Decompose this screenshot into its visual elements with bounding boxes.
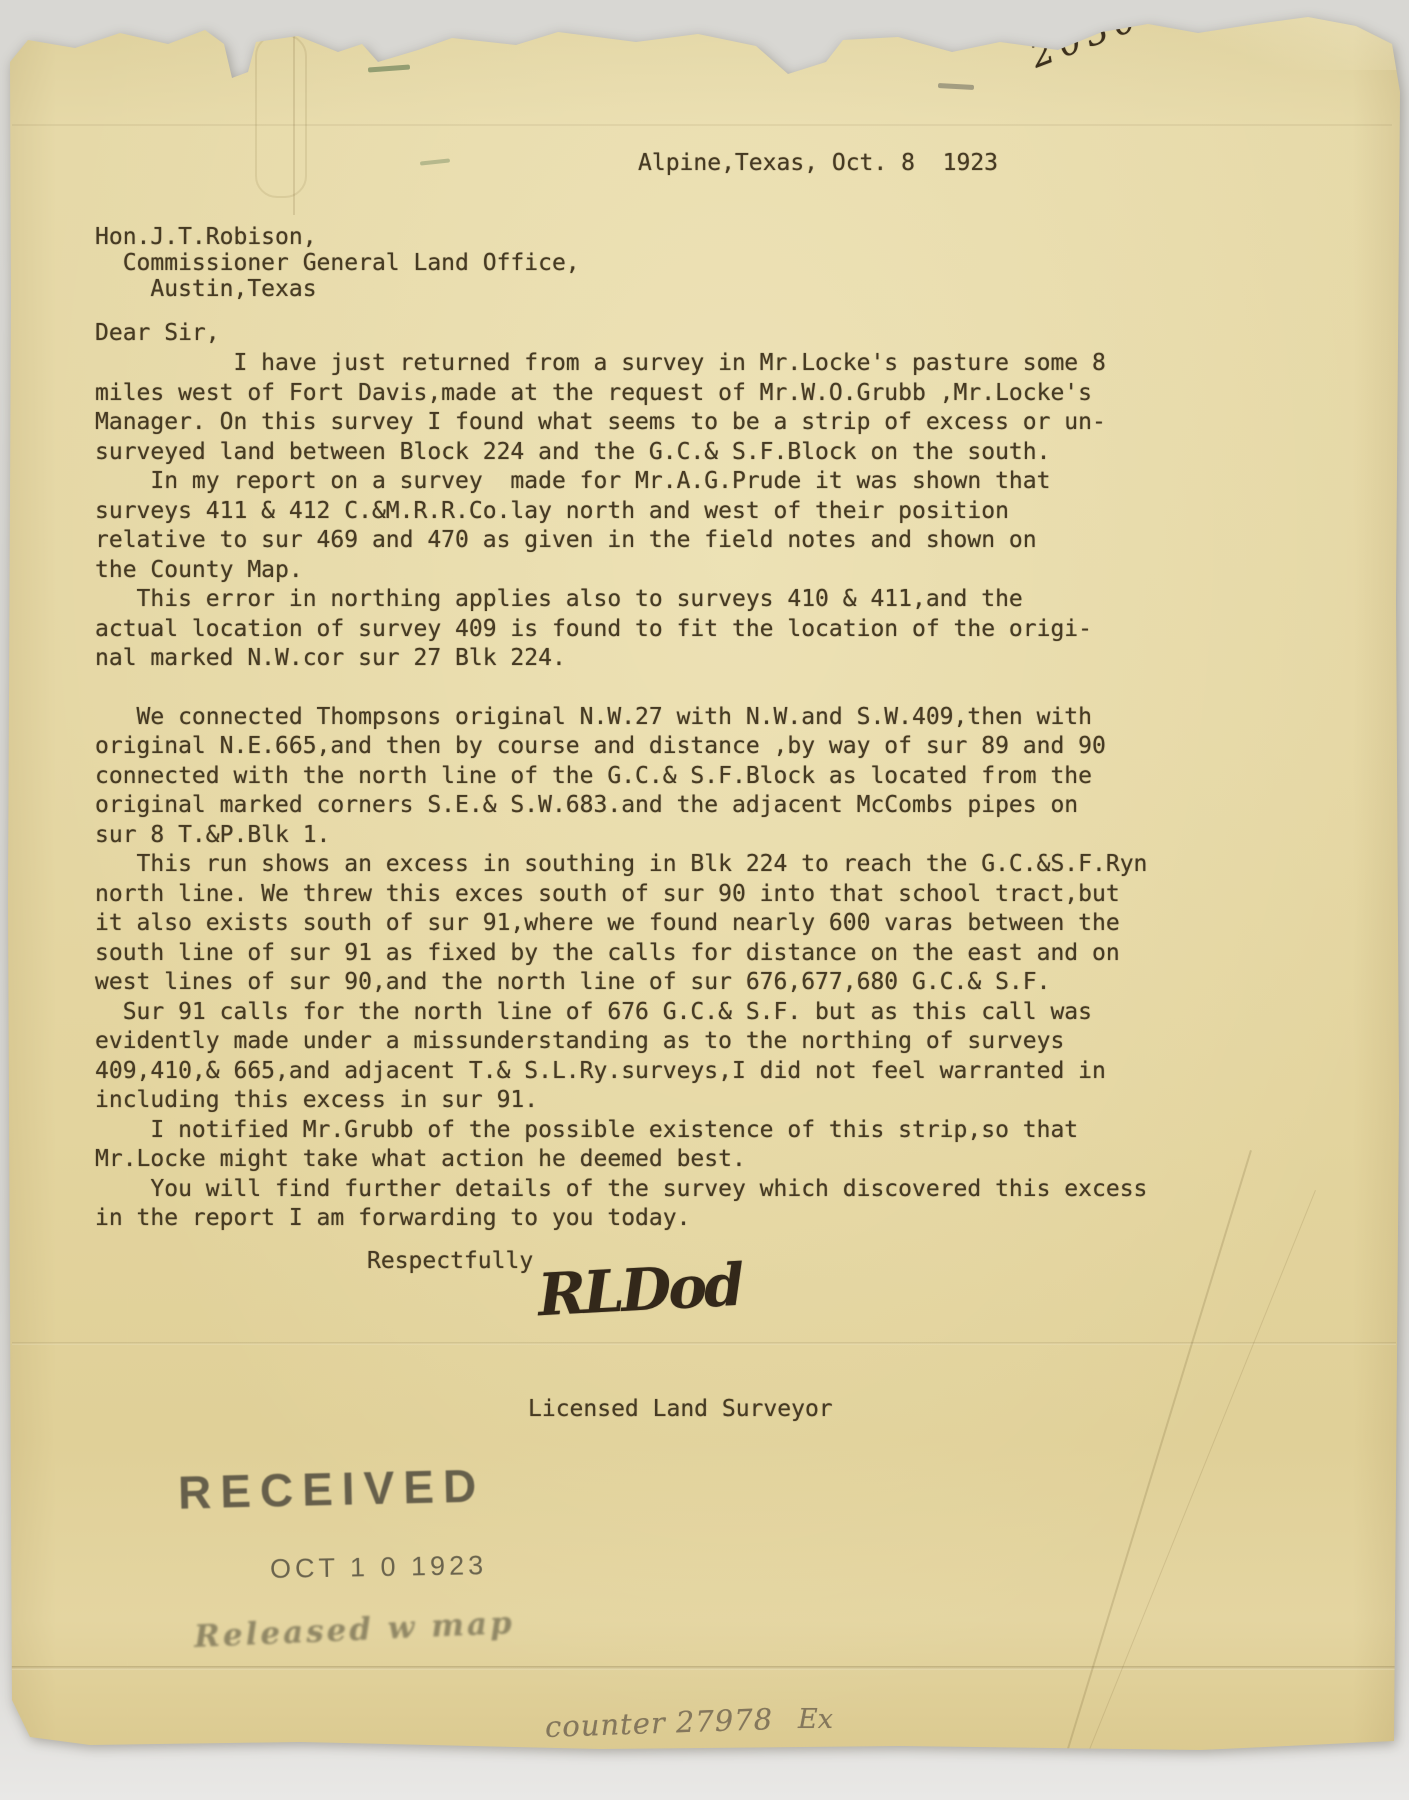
release-stamp: Released w map xyxy=(193,1605,515,1655)
letter-line: Hon.J.T.Robison, xyxy=(95,224,580,250)
letter-line: south line of sur 91 as fixed by the cal… xyxy=(95,939,1335,969)
letter-line: Austin,Texas xyxy=(95,276,580,302)
closing: Respectfully xyxy=(367,1248,533,1274)
recipient-address: Hon.J.T.Robison, Commissioner General La… xyxy=(95,224,580,302)
paper-background: 2030 Alpine,Texas, Oct. 8 1923 Hon.J.T.R… xyxy=(0,0,1409,1800)
scanned-letter-page: { "annotations": { "top_right_number": "… xyxy=(0,0,1409,1800)
folded-corner xyxy=(1140,0,1409,70)
letter-paragraph: In my report on a survey made for Mr.A.G… xyxy=(95,467,1335,585)
staple-mark xyxy=(420,158,450,165)
letter-line: You will find further details of the sur… xyxy=(95,1175,1335,1205)
crease-line xyxy=(293,30,295,215)
letter-line: surveyed land between Block 224 and the … xyxy=(95,438,1335,468)
letter-line: miles west of Fort Davis,made at the req… xyxy=(95,379,1335,409)
letter-line: This run shows an excess in southing in … xyxy=(95,850,1335,880)
letter-line: Sur 91 calls for the north line of 676 G… xyxy=(95,998,1335,1028)
paper-sheet: 2030 Alpine,Texas, Oct. 8 1923 Hon.J.T.R… xyxy=(0,0,1409,1800)
letter-line: Mr.Locke might take what action he deeme… xyxy=(95,1145,1335,1175)
letter-line: 409,410,& 665,and adjacent T.& S.L.Ry.su… xyxy=(95,1057,1335,1087)
counter-annotation: counter 27978 xyxy=(544,1702,773,1744)
letter-line: I notified Mr.Grubb of the possible exis… xyxy=(95,1116,1335,1146)
dateline: Alpine,Texas, Oct. 8 1923 xyxy=(638,150,998,176)
crease-line xyxy=(10,1666,1396,1670)
received-stamp: RECEIVED xyxy=(177,1459,485,1520)
handwritten-file-number: 2030 xyxy=(1024,0,1147,76)
letter-paragraph: Sur 91 calls for the north line of 676 G… xyxy=(95,998,1335,1116)
letter-line: north line. We threw this exces south of… xyxy=(95,880,1335,910)
letter-line: nal marked N.W.cor sur 27 Blk 224. xyxy=(95,644,1335,674)
letter-line: Commissioner General Land Office, xyxy=(95,250,580,276)
exhibit-annotation: Ex xyxy=(798,1704,833,1735)
letter-line: the County Map. xyxy=(95,556,1335,586)
crease-line xyxy=(1063,1150,1252,1763)
letter-paragraph: This run shows an excess in southing in … xyxy=(95,850,1335,998)
letter-line: sur 8 T.&P.Blk 1. xyxy=(95,821,1335,851)
salutation: Dear Sir, xyxy=(95,320,220,346)
letter-paragraph: We connected Thompsons original N.W.27 w… xyxy=(95,703,1335,851)
letter-line: original marked corners S.E.& S.W.683.an… xyxy=(95,791,1335,821)
letter-line: Manager. On this survey I found what see… xyxy=(95,408,1335,438)
paper-clip-mark xyxy=(255,34,307,198)
staple-mark xyxy=(368,65,410,73)
letter-paragraph: I notified Mr.Grubb of the possible exis… xyxy=(95,1116,1335,1234)
handwritten-signature: RLDod xyxy=(536,1251,743,1330)
crease-line xyxy=(12,1342,1396,1345)
letter-line: In my report on a survey made for Mr.A.G… xyxy=(95,467,1335,497)
letter-line: in the report I am forwarding to you tod… xyxy=(95,1204,1335,1234)
letter-body: I have just returned from a survey in Mr… xyxy=(95,349,1335,1234)
letter-paragraph: I have just returned from a survey in Mr… xyxy=(95,349,1335,467)
letter-line: connected with the north line of the G.C… xyxy=(95,762,1335,792)
letter-line: We connected Thompsons original N.W.27 w… xyxy=(95,703,1335,733)
received-date-stamp: OCT 1 0 1923 xyxy=(270,1550,488,1585)
letter-line: west lines of sur 90,and the north line … xyxy=(95,968,1335,998)
letter-paragraph: This error in northing applies also to s… xyxy=(95,585,1335,674)
letter-line: it also exists south of sur 91,where we … xyxy=(95,909,1335,939)
letter-line: including this excess in sur 91. xyxy=(95,1086,1335,1116)
letter-line: evidently made under a missunderstanding… xyxy=(95,1027,1335,1057)
crease-line xyxy=(1075,1190,1316,1784)
letter-line: original N.E.665,and then by course and … xyxy=(95,732,1335,762)
letter-line: surveys 411 & 412 C.&M.R.R.Co.lay north … xyxy=(95,497,1335,527)
crease-line xyxy=(12,124,1392,126)
letter-line: relative to sur 469 and 470 as given in … xyxy=(95,526,1335,556)
staple-mark xyxy=(938,83,974,90)
letter-line: This error in northing applies also to s… xyxy=(95,585,1335,615)
letter-line: I have just returned from a survey in Mr… xyxy=(95,349,1335,379)
signer-title: Licensed Land Surveyor xyxy=(528,1396,833,1422)
letter-line: actual location of survey 409 is found t… xyxy=(95,615,1335,645)
